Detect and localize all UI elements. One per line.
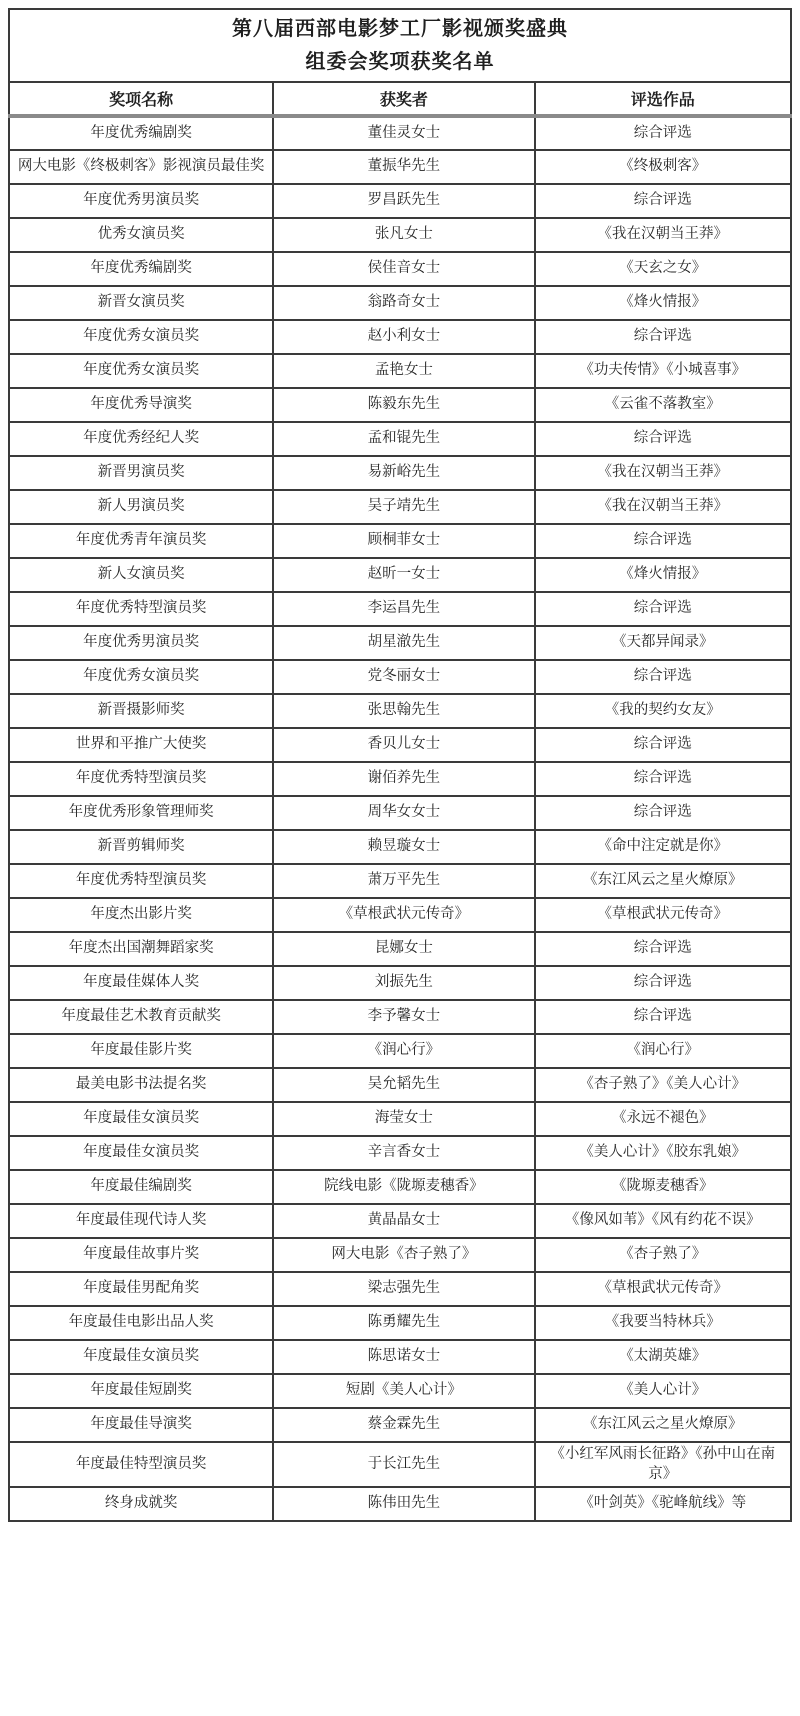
selected-work-cell: 综合评选: [535, 660, 792, 694]
table-row: 年度优秀男演员奖胡星澈先生《天都异闻录》: [9, 626, 791, 660]
winner-cell: 周华女女士: [273, 796, 534, 830]
winner-cell: 香贝儿女士: [273, 728, 534, 762]
award-name-cell: 年度最佳女演员奖: [9, 1136, 273, 1170]
winner-cell: 短剧《美人心计》: [273, 1374, 534, 1408]
selected-work-cell: 《功夫传情》《小城喜事》: [535, 354, 792, 388]
table-row: 年度最佳女演员奖辛言香女士《美人心计》《胶东乳娘》: [9, 1136, 791, 1170]
winner-cell: 董振华先生: [273, 150, 534, 184]
table-row: 年度最佳女演员奖陈思诺女士《太湖英雄》: [9, 1340, 791, 1374]
winner-cell: 网大电影《杏子熟了》: [273, 1238, 534, 1272]
title-row: 第八届西部电影梦工厂影视颁奖盛典 组委会奖项获奖名单: [9, 9, 791, 82]
award-name-cell: 年度最佳短剧奖: [9, 1374, 273, 1408]
award-name-cell: 网大电影《终极刺客》影视演员最佳奖: [9, 150, 273, 184]
award-name-cell: 年度优秀经纪人奖: [9, 422, 273, 456]
award-name-cell: 年度最佳导演奖: [9, 1408, 273, 1442]
award-name-cell: 年度最佳媒体人奖: [9, 966, 273, 1000]
selected-work-cell: 综合评选: [535, 796, 792, 830]
award-name-cell: 年度优秀男演员奖: [9, 184, 273, 218]
table-row: 年度优秀女演员奖党冬丽女士综合评选: [9, 660, 791, 694]
award-name-cell: 年度最佳艺术教育贡献奖: [9, 1000, 273, 1034]
table-row: 年度最佳故事片奖网大电影《杏子熟了》《杏子熟了》: [9, 1238, 791, 1272]
selected-work-cell: 《烽火情报》: [535, 286, 792, 320]
winner-cell: 吴子靖先生: [273, 490, 534, 524]
winner-cell: 赖昱璇女士: [273, 830, 534, 864]
table-row: 年度最佳男配角奖梁志强先生《草根武状元传奇》: [9, 1272, 791, 1306]
page-title: 第八届西部电影梦工厂影视颁奖盛典 组委会奖项获奖名单: [9, 9, 791, 82]
table-row: 年度优秀女演员奖孟艳女士《功夫传情》《小城喜事》: [9, 354, 791, 388]
award-name-cell: 年度优秀编剧奖: [9, 116, 273, 150]
table-row: 新晋摄影师奖张思翰先生《我的契约女友》: [9, 694, 791, 728]
winner-cell: 《润心行》: [273, 1034, 534, 1068]
table-row: 年度最佳短剧奖短剧《美人心计》《美人心计》: [9, 1374, 791, 1408]
selected-work-cell: 综合评选: [535, 184, 792, 218]
table-row: 年度最佳女演员奖海莹女士《永远不褪色》: [9, 1102, 791, 1136]
column-header-winner: 获奖者: [273, 82, 534, 116]
table-row: 年度优秀编剧奖侯佳音女士《天玄之女》: [9, 252, 791, 286]
award-name-cell: 年度杰出影片奖: [9, 898, 273, 932]
selected-work-cell: 《我要当特林兵》: [535, 1306, 792, 1340]
award-name-cell: 新晋女演员奖: [9, 286, 273, 320]
winner-cell: 赵昕一女士: [273, 558, 534, 592]
selected-work-cell: 《东江风云之星火燎原》: [535, 1408, 792, 1442]
winner-cell: 李运昌先生: [273, 592, 534, 626]
column-header-award-name: 奖项名称: [9, 82, 273, 116]
table-row: 年度最佳影片奖《润心行》《润心行》: [9, 1034, 791, 1068]
awards-table: 第八届西部电影梦工厂影视颁奖盛典 组委会奖项获奖名单 奖项名称 获奖者 评选作品…: [8, 8, 792, 1522]
table-row: 年度优秀特型演员奖谢佰养先生综合评选: [9, 762, 791, 796]
winner-cell: 陈思诺女士: [273, 1340, 534, 1374]
selected-work-cell: 综合评选: [535, 966, 792, 1000]
winner-cell: 翁路奇女士: [273, 286, 534, 320]
table-row: 年度杰出国潮舞蹈家奖昆娜女士综合评选: [9, 932, 791, 966]
table-body: 年度优秀编剧奖董佳灵女士综合评选网大电影《终极刺客》影视演员最佳奖董振华先生《终…: [9, 116, 791, 1521]
table-row: 年度最佳导演奖蔡金霖先生《东江风云之星火燎原》: [9, 1408, 791, 1442]
award-name-cell: 年度优秀女演员奖: [9, 354, 273, 388]
award-name-cell: 年度最佳现代诗人奖: [9, 1204, 273, 1238]
selected-work-cell: 《终极刺客》: [535, 150, 792, 184]
winner-cell: 党冬丽女士: [273, 660, 534, 694]
selected-work-cell: 《云雀不落教室》: [535, 388, 792, 422]
selected-work-cell: 综合评选: [535, 116, 792, 150]
winner-cell: 顾桐菲女士: [273, 524, 534, 558]
winner-cell: 院线电影《陇塬麦穗香》: [273, 1170, 534, 1204]
table-row: 年度最佳现代诗人奖黄晶晶女士《像风如苇》《风有约花不误》: [9, 1204, 791, 1238]
award-name-cell: 年度最佳故事片奖: [9, 1238, 273, 1272]
table-row: 年度杰出影片奖《草根武状元传奇》《草根武状元传奇》: [9, 898, 791, 932]
column-header-selected-work: 评选作品: [535, 82, 792, 116]
selected-work-cell: 《天玄之女》: [535, 252, 792, 286]
award-name-cell: 优秀女演员奖: [9, 218, 273, 252]
selected-work-cell: 《命中注定就是你》: [535, 830, 792, 864]
selected-work-cell: 《润心行》: [535, 1034, 792, 1068]
table-row: 终身成就奖陈伟田先生《叶剑英》《驼峰航线》等: [9, 1487, 791, 1521]
table-row: 年度最佳电影出品人奖陈勇耀先生《我要当特林兵》: [9, 1306, 791, 1340]
table-row: 年度优秀男演员奖罗昌跃先生综合评选: [9, 184, 791, 218]
winner-cell: 于长江先生: [273, 1442, 534, 1487]
winner-cell: 《草根武状元传奇》: [273, 898, 534, 932]
page-title-line-1: 第八届西部电影梦工厂影视颁奖盛典: [16, 13, 784, 46]
selected-work-cell: 《草根武状元传奇》: [535, 898, 792, 932]
selected-work-cell: 《叶剑英》《驼峰航线》等: [535, 1487, 792, 1521]
selected-work-cell: 《我在汉朝当王莽》: [535, 490, 792, 524]
winner-cell: 黄晶晶女士: [273, 1204, 534, 1238]
winner-cell: 易新峪先生: [273, 456, 534, 490]
table-row: 新人男演员奖吴子靖先生《我在汉朝当王莽》: [9, 490, 791, 524]
table-row: 年度最佳特型演员奖于长江先生《小红军风雨长征路》《孙中山在南京》: [9, 1442, 791, 1487]
award-name-cell: 年度优秀男演员奖: [9, 626, 273, 660]
selected-work-cell: 综合评选: [535, 932, 792, 966]
winner-cell: 李予馨女士: [273, 1000, 534, 1034]
award-name-cell: 年度最佳女演员奖: [9, 1102, 273, 1136]
award-name-cell: 年度优秀导演奖: [9, 388, 273, 422]
winner-cell: 陈毅东先生: [273, 388, 534, 422]
winner-cell: 罗昌跃先生: [273, 184, 534, 218]
selected-work-cell: 《美人心计》《胶东乳娘》: [535, 1136, 792, 1170]
winner-cell: 陈勇耀先生: [273, 1306, 534, 1340]
award-name-cell: 终身成就奖: [9, 1487, 273, 1521]
table-row: 新晋剪辑师奖赖昱璇女士《命中注定就是你》: [9, 830, 791, 864]
award-name-cell: 年度优秀女演员奖: [9, 660, 273, 694]
award-name-cell: 年度优秀编剧奖: [9, 252, 273, 286]
selected-work-cell: 综合评选: [535, 422, 792, 456]
table-row: 年度最佳艺术教育贡献奖李予馨女士综合评选: [9, 1000, 791, 1034]
table-row: 优秀女演员奖张凡女士《我在汉朝当王莽》: [9, 218, 791, 252]
selected-work-cell: 《我的契约女友》: [535, 694, 792, 728]
winner-cell: 赵小利女士: [273, 320, 534, 354]
selected-work-cell: 综合评选: [535, 524, 792, 558]
table-row: 年度优秀青年演员奖顾桐菲女士综合评选: [9, 524, 791, 558]
award-name-cell: 新晋摄影师奖: [9, 694, 273, 728]
selected-work-cell: 综合评选: [535, 762, 792, 796]
winner-cell: 张凡女士: [273, 218, 534, 252]
award-name-cell: 年度最佳影片奖: [9, 1034, 273, 1068]
selected-work-cell: 《小红军风雨长征路》《孙中山在南京》: [535, 1442, 792, 1487]
winner-cell: 孟和锟先生: [273, 422, 534, 456]
award-name-cell: 年度优秀女演员奖: [9, 320, 273, 354]
winner-cell: 董佳灵女士: [273, 116, 534, 150]
winner-cell: 谢佰养先生: [273, 762, 534, 796]
award-name-cell: 年度最佳编剧奖: [9, 1170, 273, 1204]
award-name-cell: 年度最佳男配角奖: [9, 1272, 273, 1306]
winner-cell: 昆娜女士: [273, 932, 534, 966]
selected-work-cell: 《陇塬麦穗香》: [535, 1170, 792, 1204]
table-row: 年度优秀编剧奖董佳灵女士综合评选: [9, 116, 791, 150]
award-name-cell: 最美电影书法提名奖: [9, 1068, 273, 1102]
selected-work-cell: 《永远不褪色》: [535, 1102, 792, 1136]
table-row: 年度优秀经纪人奖孟和锟先生综合评选: [9, 422, 791, 456]
award-name-cell: 新人男演员奖: [9, 490, 273, 524]
award-name-cell: 年度优秀特型演员奖: [9, 592, 273, 626]
table-row: 新晋女演员奖翁路奇女士《烽火情报》: [9, 286, 791, 320]
table-row: 年度最佳媒体人奖刘振先生综合评选: [9, 966, 791, 1000]
table-row: 世界和平推广大使奖香贝儿女士综合评选: [9, 728, 791, 762]
table-row: 网大电影《终极刺客》影视演员最佳奖董振华先生《终极刺客》: [9, 150, 791, 184]
award-name-cell: 世界和平推广大使奖: [9, 728, 273, 762]
winner-cell: 蔡金霖先生: [273, 1408, 534, 1442]
selected-work-cell: 《美人心计》: [535, 1374, 792, 1408]
selected-work-cell: 《我在汉朝当王莽》: [535, 218, 792, 252]
award-name-cell: 年度最佳女演员奖: [9, 1340, 273, 1374]
award-name-cell: 年度优秀特型演员奖: [9, 762, 273, 796]
table-row: 年度优秀形象管理师奖周华女女士综合评选: [9, 796, 791, 830]
award-name-cell: 新人女演员奖: [9, 558, 273, 592]
award-name-cell: 年度优秀形象管理师奖: [9, 796, 273, 830]
winner-cell: 胡星澈先生: [273, 626, 534, 660]
winner-cell: 侯佳音女士: [273, 252, 534, 286]
winner-cell: 海莹女士: [273, 1102, 534, 1136]
winner-cell: 萧万平先生: [273, 864, 534, 898]
selected-work-cell: 《东江风云之星火燎原》: [535, 864, 792, 898]
selected-work-cell: 《烽火情报》: [535, 558, 792, 592]
selected-work-cell: 《杏子熟了》: [535, 1238, 792, 1272]
table-row: 新人女演员奖赵昕一女士《烽火情报》: [9, 558, 791, 592]
selected-work-cell: 《我在汉朝当王莽》: [535, 456, 792, 490]
selected-work-cell: 综合评选: [535, 592, 792, 626]
selected-work-cell: 综合评选: [535, 728, 792, 762]
winner-cell: 孟艳女士: [273, 354, 534, 388]
award-name-cell: 年度优秀特型演员奖: [9, 864, 273, 898]
winner-cell: 张思翰先生: [273, 694, 534, 728]
award-name-cell: 年度杰出国潮舞蹈家奖: [9, 932, 273, 966]
page-title-line-2: 组委会奖项获奖名单: [16, 46, 784, 79]
winner-cell: 刘振先生: [273, 966, 534, 1000]
table-row: 年度最佳编剧奖院线电影《陇塬麦穗香》《陇塬麦穗香》: [9, 1170, 791, 1204]
award-name-cell: 新晋男演员奖: [9, 456, 273, 490]
selected-work-cell: 《天都异闻录》: [535, 626, 792, 660]
award-name-cell: 年度优秀青年演员奖: [9, 524, 273, 558]
award-name-cell: 新晋剪辑师奖: [9, 830, 273, 864]
selected-work-cell: 《草根武状元传奇》: [535, 1272, 792, 1306]
winner-cell: 辛言香女士: [273, 1136, 534, 1170]
selected-work-cell: 综合评选: [535, 320, 792, 354]
selected-work-cell: 《杏子熟了》《美人心计》: [535, 1068, 792, 1102]
table-header-row: 奖项名称 获奖者 评选作品: [9, 82, 791, 116]
table-row: 年度优秀特型演员奖萧万平先生《东江风云之星火燎原》: [9, 864, 791, 898]
winner-cell: 梁志强先生: [273, 1272, 534, 1306]
awards-document: 第八届西部电影梦工厂影视颁奖盛典 组委会奖项获奖名单 奖项名称 获奖者 评选作品…: [0, 0, 800, 1716]
table-row: 年度优秀特型演员奖李运昌先生综合评选: [9, 592, 791, 626]
selected-work-cell: 《像风如苇》《风有约花不误》: [535, 1204, 792, 1238]
table-row: 年度优秀导演奖陈毅东先生《云雀不落教室》: [9, 388, 791, 422]
award-name-cell: 年度最佳特型演员奖: [9, 1442, 273, 1487]
winner-cell: 陈伟田先生: [273, 1487, 534, 1521]
table-row: 新晋男演员奖易新峪先生《我在汉朝当王莽》: [9, 456, 791, 490]
table-row: 年度优秀女演员奖赵小利女士综合评选: [9, 320, 791, 354]
winner-cell: 吴允韬先生: [273, 1068, 534, 1102]
selected-work-cell: 综合评选: [535, 1000, 792, 1034]
award-name-cell: 年度最佳电影出品人奖: [9, 1306, 273, 1340]
selected-work-cell: 《太湖英雄》: [535, 1340, 792, 1374]
table-row: 最美电影书法提名奖吴允韬先生《杏子熟了》《美人心计》: [9, 1068, 791, 1102]
